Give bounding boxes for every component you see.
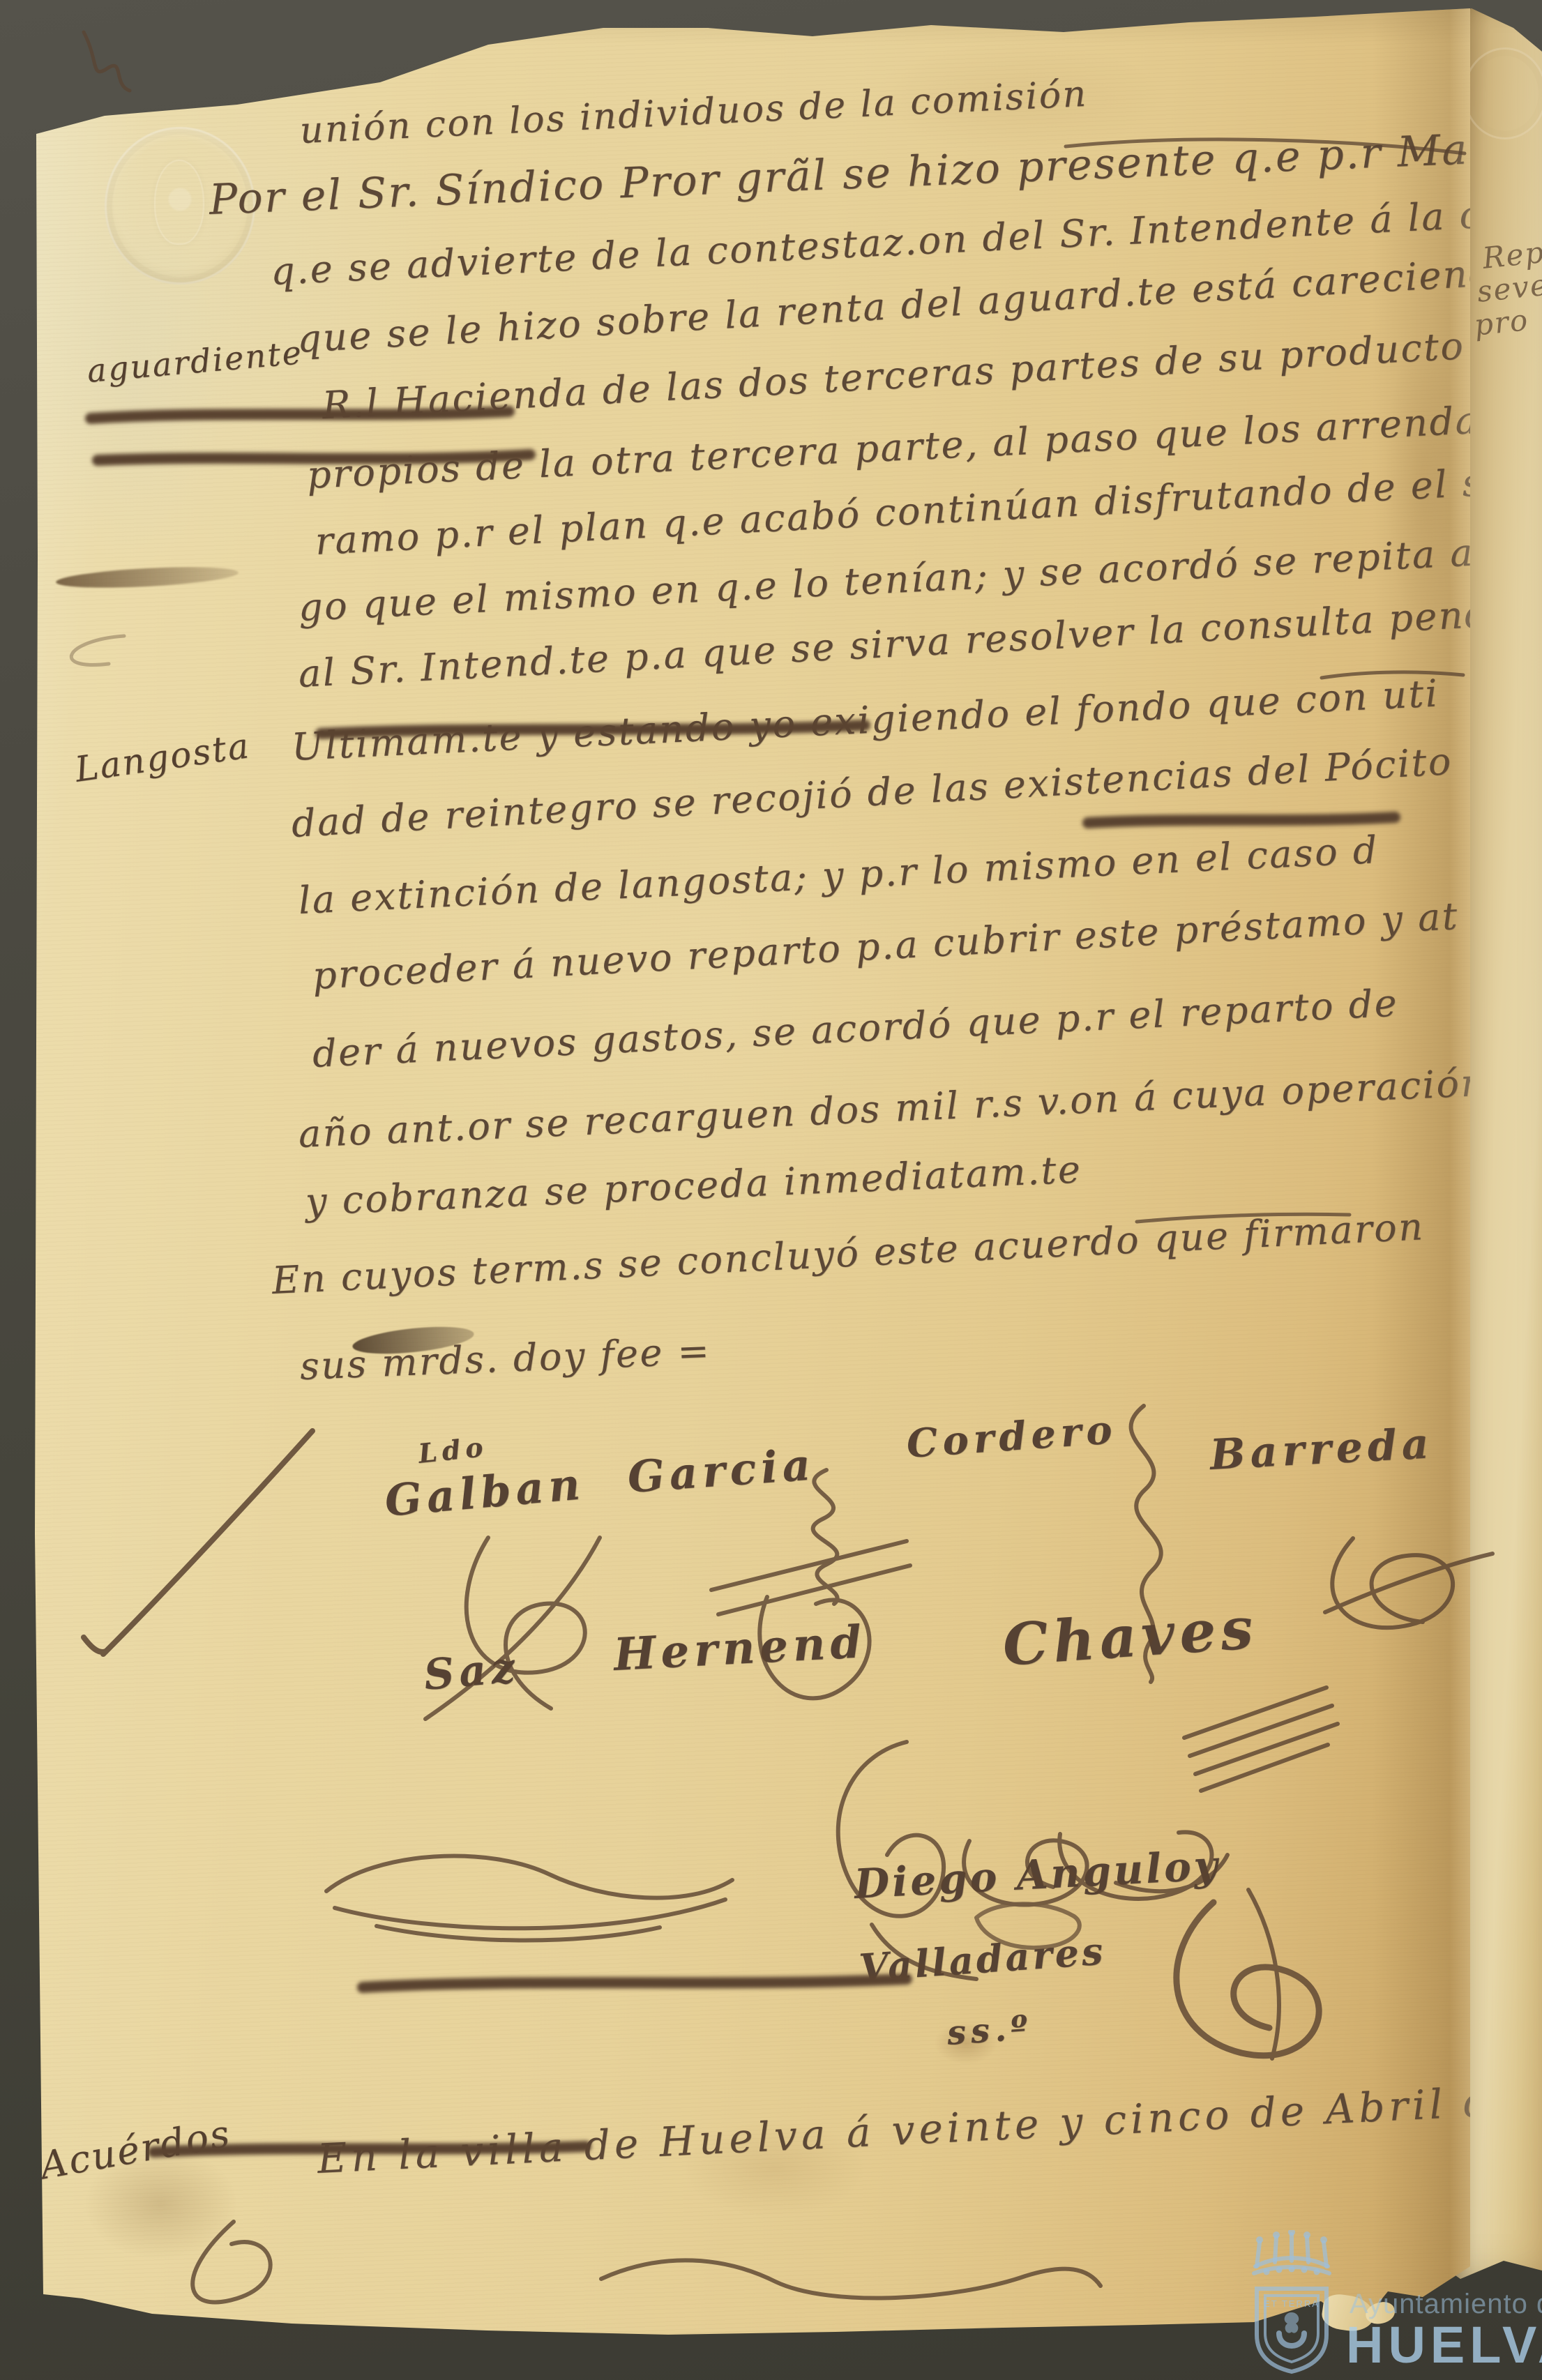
watermark-city-text: HUELVA [1346, 2315, 1542, 2374]
manuscript-line: En cuyos term.s se concluyó este acuerdo… [271, 1204, 1426, 1303]
signature-saz: Saz [422, 1643, 522, 1700]
signature-angulo: Diego Anguloy [853, 1842, 1221, 1908]
signature-chaves: Chaves [1001, 1595, 1260, 1679]
signature-degree: Ldo [417, 1431, 490, 1469]
adjacent-page-text: seve [1475, 267, 1542, 308]
ink-smear [55, 563, 239, 591]
signature-barreda: Barreda [1209, 1419, 1435, 1480]
signature-valladares: Valladares [858, 1928, 1108, 1990]
adjacent-page-text: pro [1472, 303, 1530, 342]
margin-note-aguardiente: aguardiente [86, 333, 305, 390]
signature-escribano-mark: ss.º [946, 2008, 1034, 2053]
signature-hernend: Hernend [612, 1616, 868, 1681]
manuscript-line: der á nuevos gastos, se acordó que p.r e… [312, 981, 1400, 1076]
closing-place-date-line: En la villa de Huelva á veinte y cinco d… [316, 2077, 1522, 2183]
manuscript-line: y cobranza se proceda inmediatam.te [305, 1147, 1083, 1224]
manuscript-line: sus mrds. doy fee = [299, 1328, 712, 1388]
manuscript-page: aguardiente Langosta Acuérdos unión con … [0, 0, 1542, 2380]
manuscript-line: unión con los individuos de la comisión [299, 73, 1089, 152]
signature-galban: Galban [383, 1458, 587, 1526]
signature-cordero: Cordero [905, 1407, 1119, 1467]
margin-note-acuerdos: Acuérdos [37, 2111, 234, 2188]
margin-note-langosta: Langosta [73, 725, 253, 790]
scanned-manuscript-view: Rep seve pro aguardiente Langosta Acuérd… [0, 0, 1542, 2380]
embossed-seal-fragment-icon [1463, 47, 1542, 139]
signature-garcia: Garcia [626, 1439, 817, 1503]
manuscript-line: año ant.or se recarguen dos mil r.s v.on… [298, 1061, 1488, 1156]
